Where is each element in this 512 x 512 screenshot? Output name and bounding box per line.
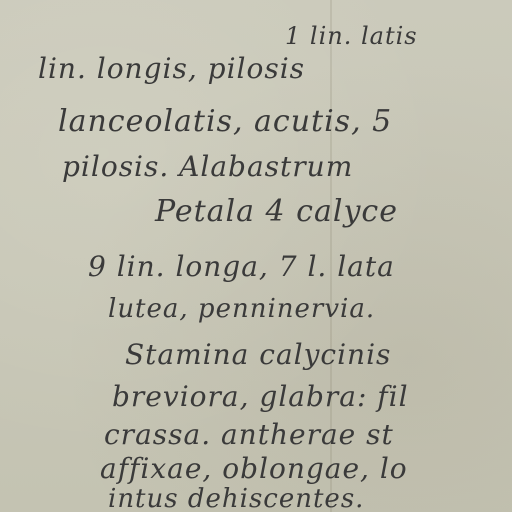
text-line-10: affixae, oblongae, lo — [100, 452, 408, 485]
text-line-5: 9 lin. longa, 7 l. lata — [88, 250, 395, 283]
text-line-6: lutea, penninervia. — [108, 294, 375, 324]
text-line-2: lanceolatis, acutis, 5 — [58, 104, 392, 139]
text-line-8: breviora, glabra: fil — [112, 380, 409, 413]
text-line-7: Stamina calycinis — [125, 338, 391, 371]
text-line-3: pilosis. Alabastrum — [62, 150, 353, 183]
text-line-9: crassa. antherae st — [104, 418, 394, 451]
text-line-11: intus dehiscentes. — [108, 484, 364, 512]
manuscript-page: 1 lin. latis lin. longis, pilosis lanceo… — [0, 0, 512, 512]
interlinear-note: 1 lin. latis — [285, 22, 418, 50]
text-line-1: lin. longis, pilosis — [38, 52, 305, 85]
text-line-4: Petala 4 calyce — [155, 194, 398, 229]
